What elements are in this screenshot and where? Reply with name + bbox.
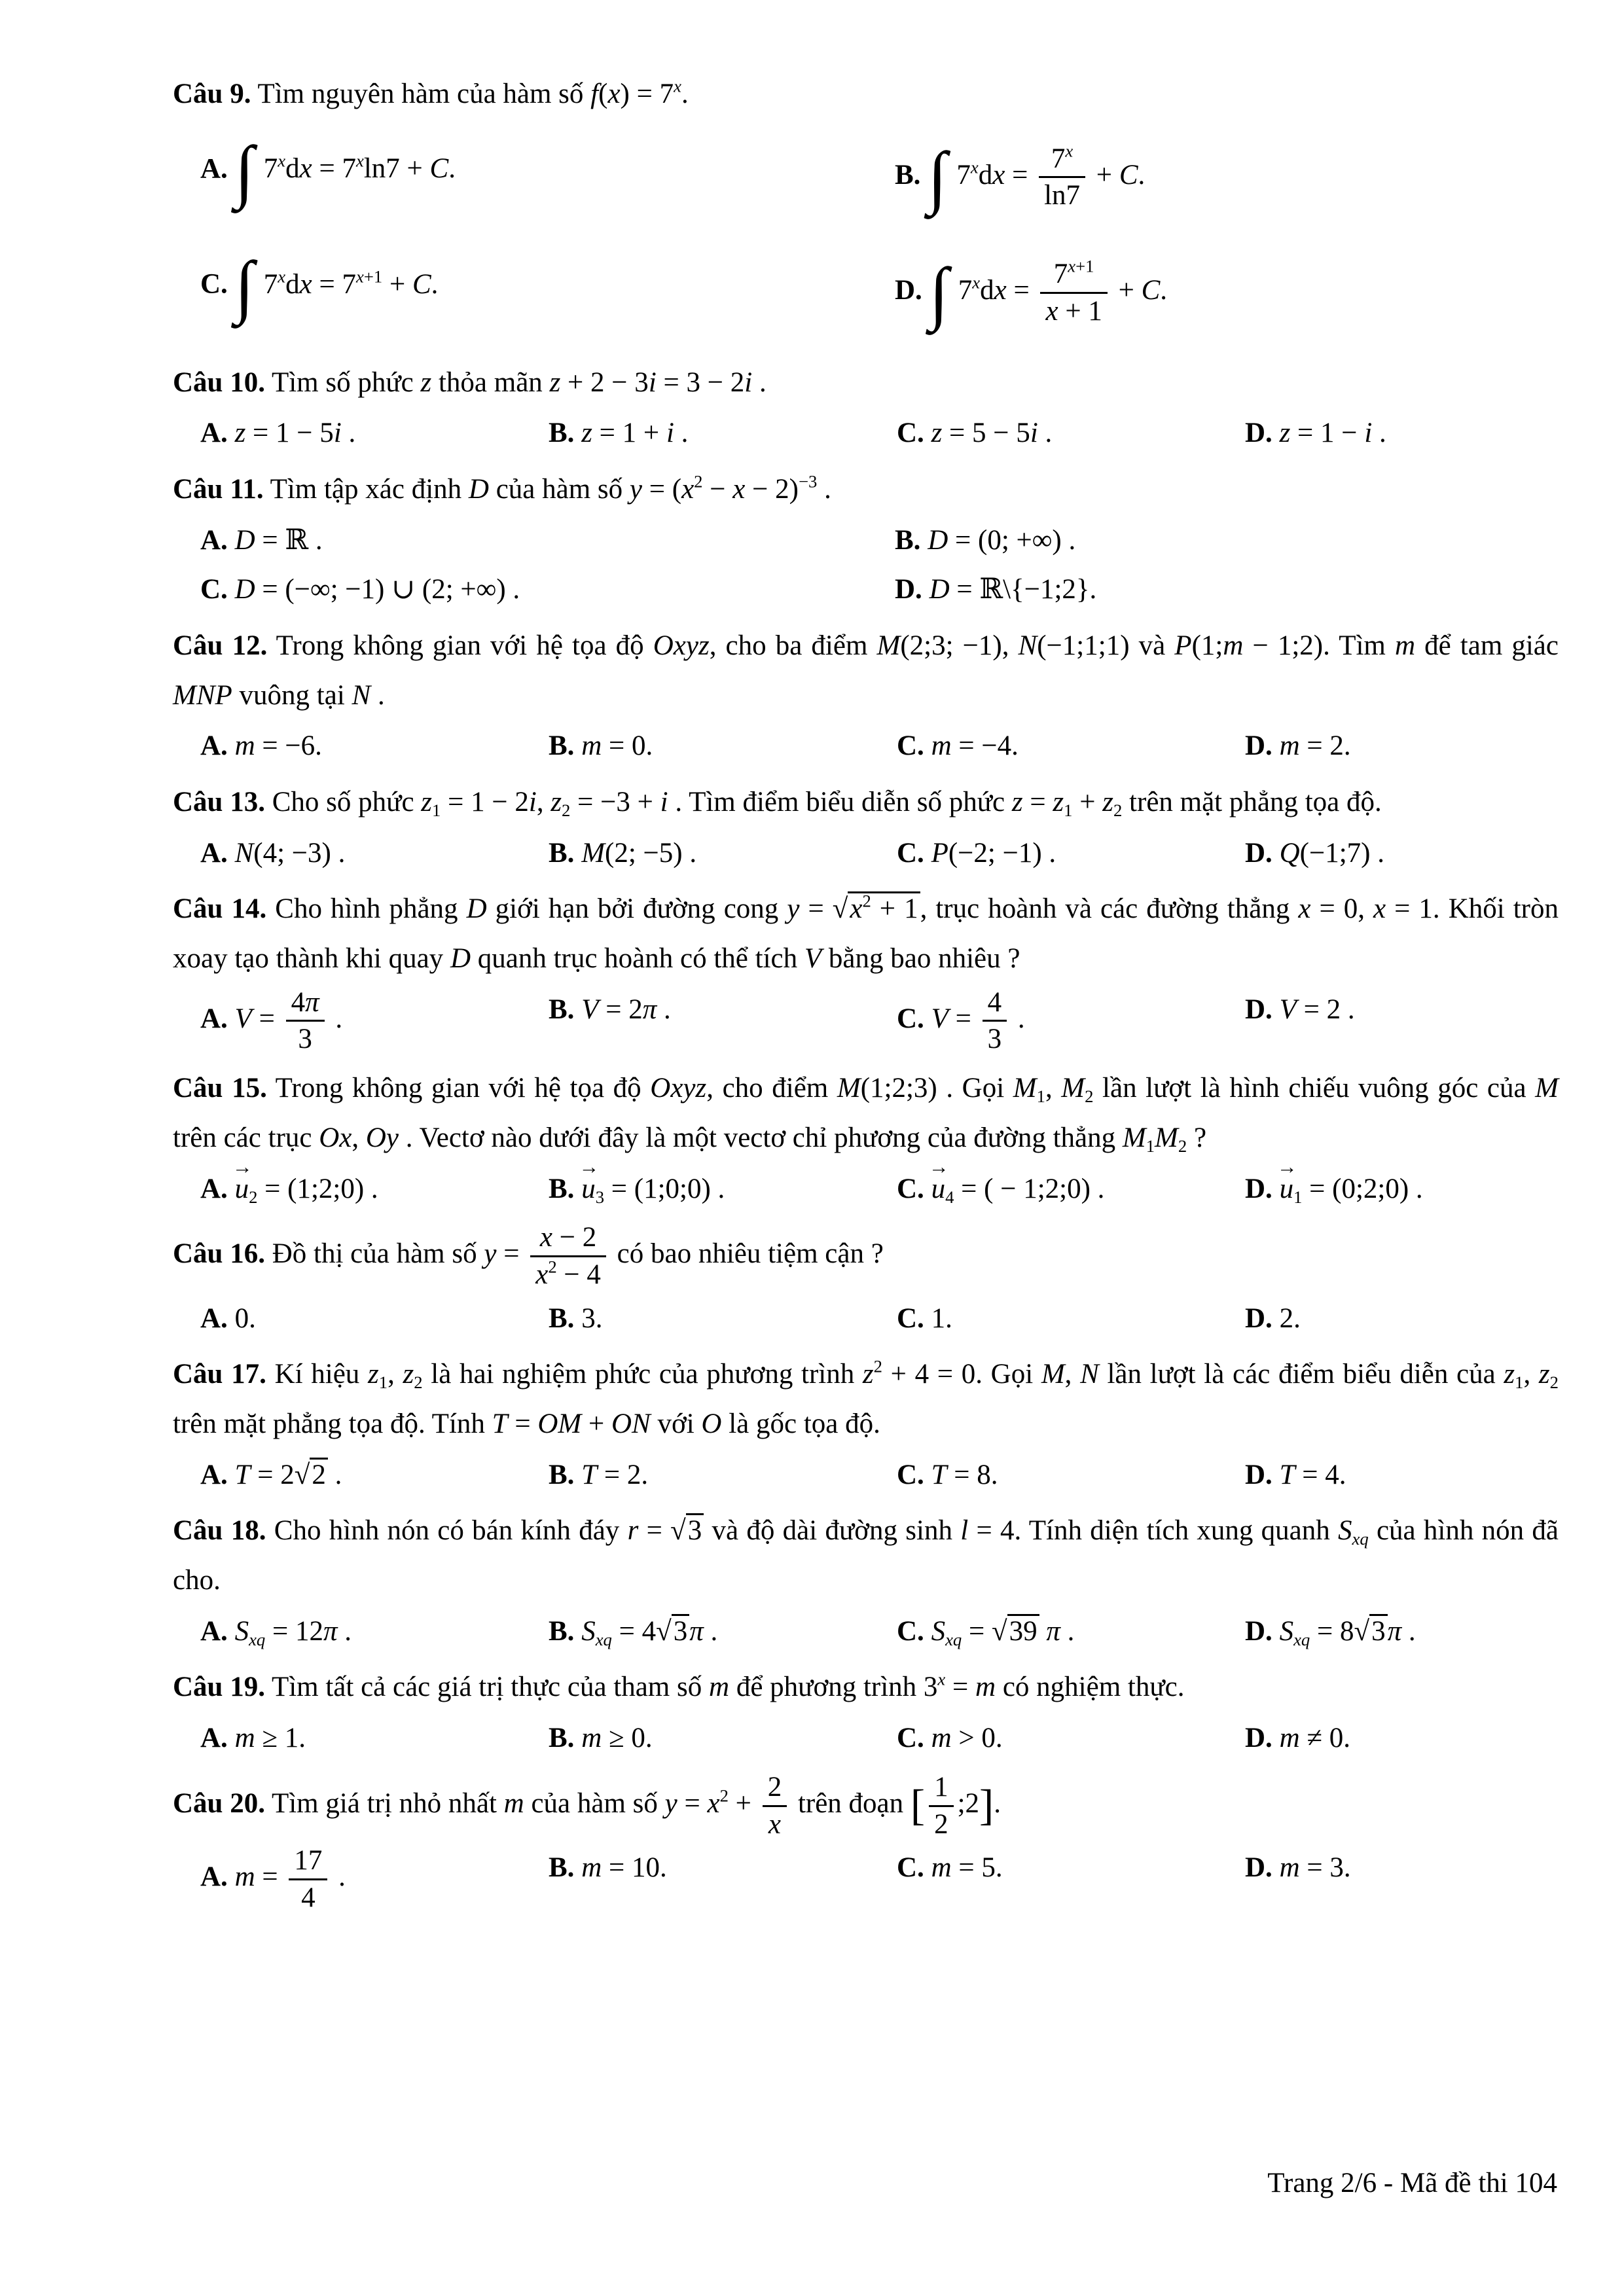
answer-options: A. T = 2√2 .B. T = 2.C. T = 8.D. T = 4. [200, 1450, 1559, 1500]
option-letter: A. [200, 525, 228, 556]
option-D: D. T = 4. [1245, 1450, 1559, 1500]
exam-page: Câu 9. Tìm nguyên hàm của hàm số f(x) = … [0, 0, 1624, 2296]
option-text: →u2 = (1;2;0) . [235, 1174, 378, 1204]
question-15: Câu 15. Trong không gian với hệ tọa độ O… [173, 1064, 1559, 1213]
option-text: m = 174 . [235, 1861, 346, 1892]
question-11: Câu 11. Tìm tập xác định D của hàm số y … [173, 465, 1559, 615]
question-text: Đồ thị của hàm số y = x − 2x2 − 4 có bao… [272, 1238, 884, 1269]
option-letter: C. [897, 1303, 924, 1334]
option-text: V = 43 . [931, 1003, 1025, 1034]
option-text: ∫ 7xdx = 7x+1x + 1 + C. [929, 275, 1167, 306]
option-text: D = ℝ\{−1;2}. [929, 574, 1097, 605]
option-letter: D. [1245, 994, 1272, 1025]
option-D: D. z = 1 − i . [1245, 408, 1559, 458]
option-text: z = 5 − 5i . [931, 418, 1053, 448]
option-letter: B. [549, 994, 574, 1025]
option-letter: D. [1245, 1723, 1272, 1753]
option-D: D. Sxq = 8√3π . [1245, 1607, 1559, 1657]
question-10: Câu 10. Tìm số phức z thỏa mãn z + 2 − 3… [173, 358, 1559, 458]
option-text: Sxq = 12π . [235, 1616, 352, 1647]
option-letter: A. [200, 1723, 228, 1753]
question-number: Câu 17. [173, 1359, 266, 1390]
option-letter: A. [200, 1174, 228, 1204]
option-letter: C. [897, 838, 924, 869]
question-text: Cho số phức z1 = 1 − 2i, z2 = −3 + i . T… [272, 787, 1382, 817]
option-A: A. T = 2√2 . [200, 1450, 549, 1500]
question-stem: Câu 16. Đồ thị của hàm số y = x − 2x2 − … [173, 1220, 1559, 1293]
option-letter: A. [200, 1003, 228, 1034]
option-text: →u4 = ( − 1;2;0) . [931, 1174, 1105, 1204]
option-text: 3. [581, 1303, 602, 1334]
option-D: D. Q(−1;7) . [1245, 829, 1559, 878]
option-letter: A. [200, 1861, 228, 1892]
option-letter: D. [1245, 1303, 1272, 1334]
option-C: C. D = (−∞; −1) ∪ (2; +∞) . [200, 565, 895, 615]
option-A: A. m ≥ 1. [200, 1713, 549, 1763]
option-D: D. →u1 = (0;2;0) . [1245, 1164, 1559, 1214]
question-17: Câu 17. Kí hiệu z1, z2 là hai nghiệm phứ… [173, 1350, 1559, 1499]
question-stem: Câu 17. Kí hiệu z1, z2 là hai nghiệm phứ… [173, 1350, 1559, 1448]
question-19: Câu 19. Tìm tất cả các giá trị thực của … [173, 1662, 1559, 1763]
option-letter: D. [895, 574, 922, 605]
option-text: N(4; −3) . [235, 838, 346, 869]
option-letter: C. [897, 1852, 924, 1883]
option-B: B. M(2; −5) . [549, 829, 897, 878]
option-letter: B. [549, 1852, 574, 1883]
option-C: C. P(−2; −1) . [897, 829, 1245, 878]
answer-options: A. 0.B. 3.C. 1.D. 2. [200, 1294, 1559, 1344]
question-stem: Câu 9. Tìm nguyên hàm của hàm số f(x) = … [173, 69, 1559, 119]
option-text: 1. [931, 1303, 952, 1334]
option-letter: C. [897, 418, 924, 448]
question-text: Trong không gian với hệ tọa độ Oxyz, cho… [173, 1073, 1559, 1153]
option-A: A. m = 174 . [200, 1843, 549, 1916]
option-C: C. ∫ 7xdx = 7x+1 + C. [200, 250, 895, 336]
option-B: B. 3. [549, 1294, 897, 1344]
answer-options: A. N(4; −3) .B. M(2; −5) .C. P(−2; −1) .… [200, 829, 1559, 878]
integral-icon: ∫ [929, 254, 948, 332]
option-letter: C. [897, 1616, 924, 1647]
question-number: Câu 16. [173, 1238, 265, 1269]
option-text: m = 3. [1280, 1852, 1351, 1883]
option-text: 2. [1280, 1303, 1301, 1334]
option-letter: B. [895, 525, 920, 556]
answer-options: A. m ≥ 1.B. m ≥ 0.C. m > 0.D. m ≠ 0. [200, 1713, 1559, 1763]
question-number: Câu 9. [173, 79, 251, 109]
question-text: Cho hình nón có bán kính đáy r = √3 và đ… [173, 1515, 1559, 1596]
option-text: ∫ 7xdx = 7xln7 + C. [235, 153, 456, 184]
question-number: Câu 18. [173, 1515, 266, 1546]
option-text: m = 2. [1280, 730, 1351, 761]
question-9: Câu 9. Tìm nguyên hàm của hàm số f(x) = … [173, 69, 1559, 336]
integral-icon: ∫ [928, 138, 947, 216]
option-text: ∫ 7xdx = 7x+1 + C. [235, 269, 439, 300]
option-text: z = 1 − i . [1280, 418, 1386, 448]
option-letter: C. [897, 730, 924, 761]
option-letter: B. [549, 1303, 574, 1334]
question-number: Câu 20. [173, 1788, 265, 1819]
option-text: T = 4. [1280, 1460, 1346, 1490]
integral-icon: ∫ [235, 132, 254, 210]
option-text: Sxq = 4√3π . [581, 1616, 717, 1647]
answer-options: A. →u2 = (1;2;0) .B. →u3 = (1;0;0) .C. →… [200, 1164, 1559, 1214]
option-A: A. ∫ 7xdx = 7xln7 + C. [200, 135, 895, 221]
option-C: C. z = 5 − 5i . [897, 408, 1245, 458]
option-letter: D. [895, 275, 922, 306]
question-number: Câu 15. [173, 1073, 267, 1103]
option-C: C. V = 43 . [897, 985, 1245, 1058]
option-A: A. V = 4π3 . [200, 985, 549, 1058]
option-C: C. m = 5. [897, 1843, 1245, 1916]
answer-options: A. ∫ 7xdx = 7xln7 + C.B. ∫ 7xdx = 7xln7 … [200, 135, 1559, 336]
option-text: P(−2; −1) . [931, 838, 1056, 869]
question-stem: Câu 18. Cho hình nón có bán kính đáy r =… [173, 1506, 1559, 1605]
question-stem: Câu 19. Tìm tất cả các giá trị thực của … [173, 1662, 1559, 1712]
question-number: Câu 10. [173, 367, 265, 398]
option-text: D = ℝ . [235, 525, 323, 556]
question-text: Trong không gian với hệ tọa độ Oxyz, cho… [173, 630, 1559, 711]
option-letter: A. [200, 838, 228, 869]
question-text: Cho hình phẳng D giới hạn bởi đường cong… [173, 891, 1559, 974]
answer-options: A. D = ℝ .B. D = (0; +∞) .C. D = (−∞; −1… [200, 516, 1559, 615]
option-D: D. m ≠ 0. [1245, 1713, 1559, 1763]
option-text: ∫ 7xdx = 7xln7 + C. [928, 160, 1145, 190]
option-B: B. m ≥ 0. [549, 1713, 897, 1763]
question-12: Câu 12. Trong không gian với hệ tọa độ O… [173, 621, 1559, 771]
option-text: m ≥ 1. [235, 1723, 306, 1753]
option-A: A. →u2 = (1;2;0) . [200, 1164, 549, 1214]
option-A: A. D = ℝ . [200, 516, 895, 565]
option-text: m = 5. [931, 1852, 1003, 1883]
option-D: D. D = ℝ\{−1;2}. [895, 565, 1559, 615]
option-text: m = −6. [235, 730, 322, 761]
option-C: C. →u4 = ( − 1;2;0) . [897, 1164, 1245, 1214]
option-letter: B. [549, 838, 574, 869]
option-letter: D. [1245, 730, 1272, 761]
option-D: D. m = 2. [1245, 721, 1559, 771]
option-text: Q(−1;7) . [1280, 838, 1384, 869]
option-text: T = 8. [931, 1460, 998, 1490]
option-letter: B. [549, 1174, 574, 1204]
question-stem: Câu 12. Trong không gian với hệ tọa độ O… [173, 621, 1559, 720]
option-letter: A. [200, 1303, 228, 1334]
option-text: T = 2. [581, 1460, 648, 1490]
option-letter: A. [200, 418, 228, 448]
option-text: m ≠ 0. [1280, 1723, 1350, 1753]
question-stem: Câu 14. Cho hình phẳng D giới hạn bởi đư… [173, 884, 1559, 983]
option-letter: B. [549, 1723, 574, 1753]
option-letter: B. [549, 418, 574, 448]
question-stem: Câu 10. Tìm số phức z thỏa mãn z + 2 − 3… [173, 358, 1559, 408]
option-A: A. m = −6. [200, 721, 549, 771]
question-text: Tìm giá trị nhỏ nhất m của hàm số y = x2… [272, 1788, 1001, 1819]
option-B: B. Sxq = 4√3π . [549, 1607, 897, 1657]
question-16: Câu 16. Đồ thị của hàm số y = x − 2x2 − … [173, 1220, 1559, 1343]
question-stem: Câu 15. Trong không gian với hệ tọa độ O… [173, 1064, 1559, 1162]
option-letter: C. [897, 1460, 924, 1490]
option-letter: D. [1245, 1174, 1272, 1204]
option-text: m = −4. [931, 730, 1019, 761]
option-D: D. V = 2 . [1245, 985, 1559, 1058]
question-text: Kí hiệu z1, z2 là hai nghiệm phức của ph… [173, 1359, 1559, 1439]
question-number: Câu 12. [173, 630, 267, 661]
option-letter: A. [200, 730, 228, 761]
option-text: 0. [235, 1303, 256, 1334]
option-letter: A. [200, 153, 228, 184]
option-text: Sxq = 8√3π . [1280, 1616, 1416, 1647]
question-list: Câu 9. Tìm nguyên hàm của hàm số f(x) = … [173, 69, 1559, 1916]
question-number: Câu 19. [173, 1672, 265, 1702]
option-letter: B. [549, 730, 574, 761]
option-A: A. Sxq = 12π . [200, 1607, 549, 1657]
question-stem: Câu 13. Cho số phức z1 = 1 − 2i, z2 = −3… [173, 778, 1559, 827]
option-letter: B. [549, 1460, 574, 1490]
option-B: B. →u3 = (1;0;0) . [549, 1164, 897, 1214]
question-text: Tìm tất cả các giá trị thực của tham số … [272, 1672, 1185, 1702]
question-13: Câu 13. Cho số phức z1 = 1 − 2i, z2 = −3… [173, 778, 1559, 878]
option-letter: D. [1245, 838, 1272, 869]
question-text: Tìm số phức z thỏa mãn z + 2 − 3i = 3 − … [272, 367, 767, 398]
option-text: m = 0. [581, 730, 653, 761]
option-text: z = 1 − 5i . [235, 418, 356, 448]
option-B: B. T = 2. [549, 1450, 897, 1500]
option-letter: B. [895, 160, 920, 190]
option-letter: B. [549, 1616, 574, 1647]
option-text: D = (0; +∞) . [928, 525, 1075, 556]
option-text: m > 0. [931, 1723, 1003, 1753]
question-number: Câu 11. [173, 474, 264, 505]
question-14: Câu 14. Cho hình phẳng D giới hạn bởi đư… [173, 884, 1559, 1057]
option-text: V = 2 . [1280, 994, 1355, 1025]
option-C: C. 1. [897, 1294, 1245, 1344]
option-C: C. m > 0. [897, 1713, 1245, 1763]
answer-options: A. V = 4π3 .B. V = 2π .C. V = 43 .D. V =… [200, 985, 1559, 1058]
option-D: D. m = 3. [1245, 1843, 1559, 1916]
option-B: B. z = 1 + i . [549, 408, 897, 458]
option-text: V = 4π3 . [235, 1003, 343, 1034]
option-text: M(2; −5) . [581, 838, 696, 869]
answer-options: A. z = 1 − 5i .B. z = 1 + i .C. z = 5 − … [200, 408, 1559, 458]
option-C: C. m = −4. [897, 721, 1245, 771]
option-D: D. ∫ 7xdx = 7x+1x + 1 + C. [895, 250, 1559, 336]
page-footer: Trang 2/6 - Mã đề thi 104 [1267, 2166, 1557, 2200]
option-text: z = 1 + i . [581, 418, 688, 448]
answer-options: A. Sxq = 12π .B. Sxq = 4√3π .C. Sxq = √3… [200, 1607, 1559, 1657]
option-text: V = 2π . [581, 994, 671, 1025]
option-letter: A. [200, 1616, 228, 1647]
option-text: →u1 = (0;2;0) . [1280, 1174, 1423, 1204]
option-B: B. m = 10. [549, 1843, 897, 1916]
question-18: Câu 18. Cho hình nón có bán kính đáy r =… [173, 1506, 1559, 1656]
answer-options: A. m = 174 .B. m = 10.C. m = 5.D. m = 3. [200, 1843, 1559, 1916]
option-text: m ≥ 0. [581, 1723, 652, 1753]
option-C: C. T = 8. [897, 1450, 1245, 1500]
option-letter: C. [897, 1174, 924, 1204]
option-C: C. Sxq = √39 π . [897, 1607, 1245, 1657]
option-letter: C. [897, 1723, 924, 1753]
answer-options: A. m = −6.B. m = 0.C. m = −4.D. m = 2. [200, 721, 1559, 771]
question-number: Câu 13. [173, 787, 265, 817]
option-text: Sxq = √39 π . [931, 1616, 1075, 1647]
option-text: T = 2√2 . [235, 1458, 342, 1490]
option-text: D = (−∞; −1) ∪ (2; +∞) . [235, 574, 520, 605]
option-B: B. V = 2π . [549, 985, 897, 1058]
question-stem: Câu 20. Tìm giá trị nhỏ nhất m của hàm s… [173, 1770, 1559, 1842]
option-A: A. N(4; −3) . [200, 829, 549, 878]
option-text: →u3 = (1;0;0) . [581, 1174, 725, 1204]
option-A: A. 0. [200, 1294, 549, 1344]
option-letter: D. [1245, 1852, 1272, 1883]
question-20: Câu 20. Tìm giá trị nhỏ nhất m của hàm s… [173, 1770, 1559, 1916]
option-B: B. m = 0. [549, 721, 897, 771]
question-number: Câu 14. [173, 893, 266, 924]
option-D: D. 2. [1245, 1294, 1559, 1344]
question-stem: Câu 11. Tìm tập xác định D của hàm số y … [173, 465, 1559, 514]
option-letter: D. [1245, 1460, 1272, 1490]
option-letter: C. [897, 1003, 924, 1034]
option-letter: A. [200, 1460, 228, 1490]
option-letter: D. [1245, 418, 1272, 448]
option-A: A. z = 1 − 5i . [200, 408, 549, 458]
option-letter: D. [1245, 1616, 1272, 1647]
option-B: B. D = (0; +∞) . [895, 516, 1559, 565]
option-letter: C. [200, 269, 228, 300]
question-text: Tìm tập xác định D của hàm số y = (x2 − … [270, 474, 831, 505]
option-text: m = 10. [581, 1852, 667, 1883]
question-text: Tìm nguyên hàm của hàm số f(x) = 7x. [257, 79, 688, 109]
option-letter: C. [200, 574, 228, 605]
integral-icon: ∫ [235, 247, 254, 325]
option-B: B. ∫ 7xdx = 7xln7 + C. [895, 135, 1559, 221]
